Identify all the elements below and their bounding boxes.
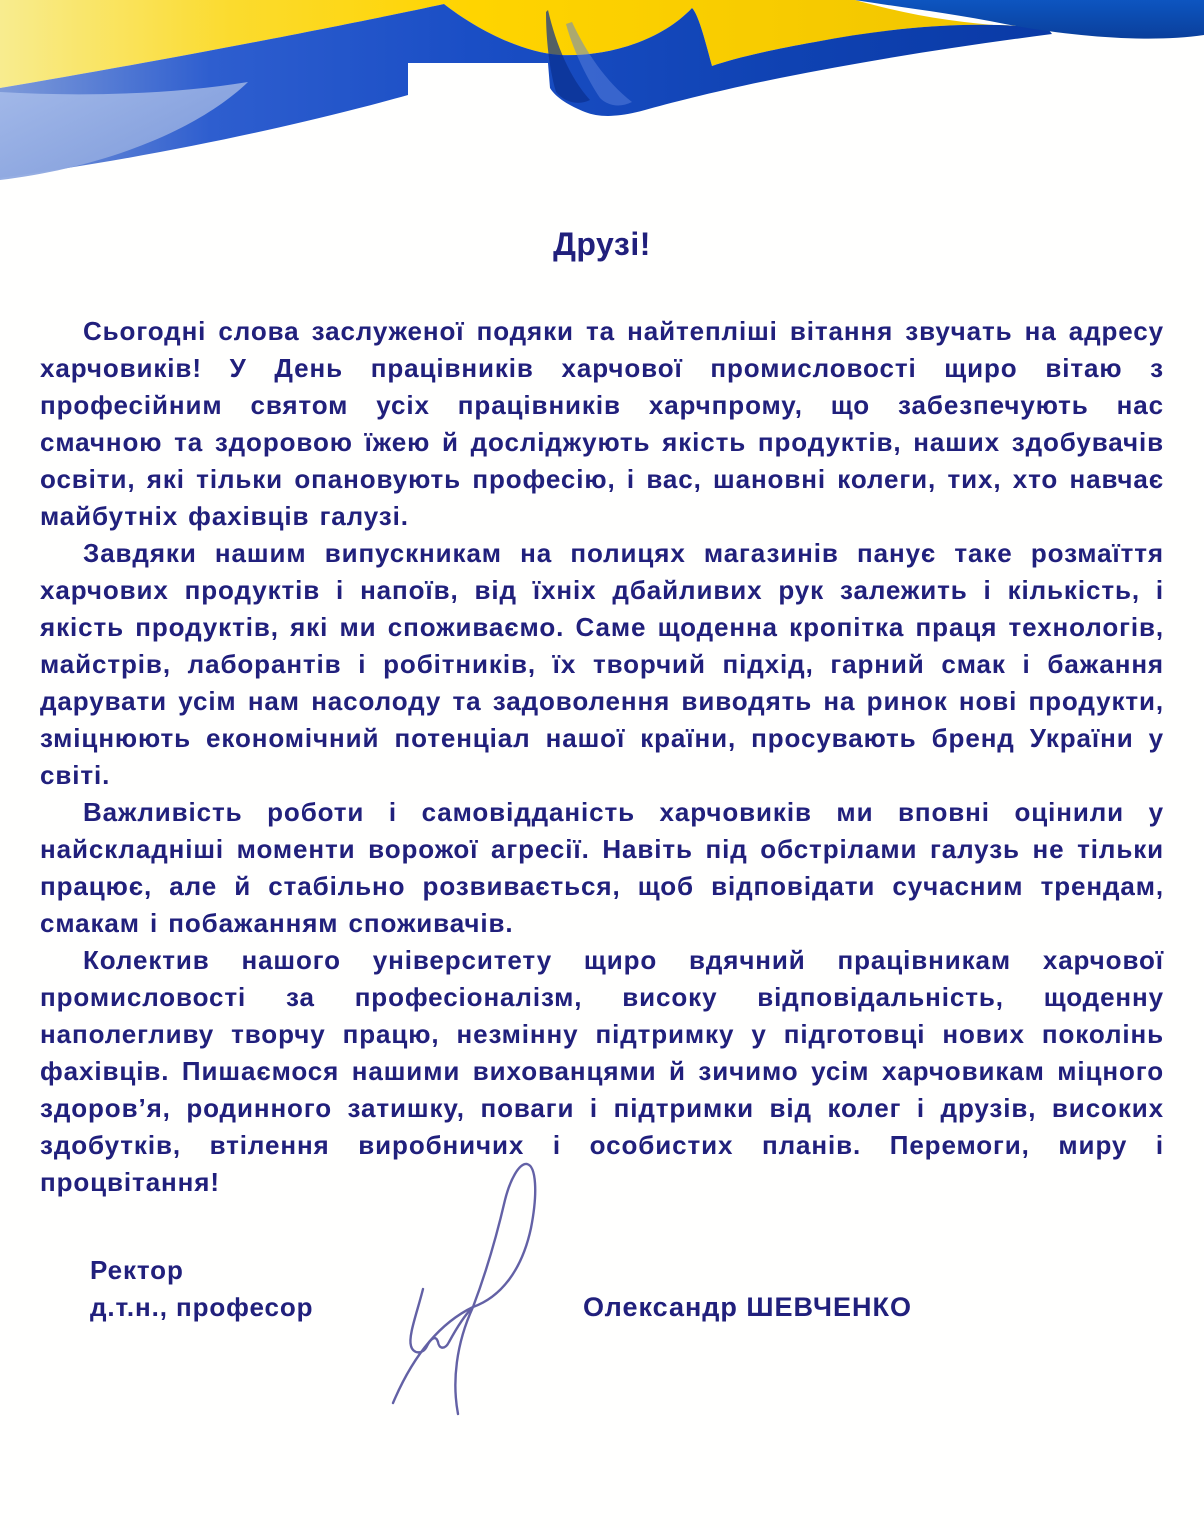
paragraph-wartime: Важливість роботи і самовідданість харчо… xyxy=(40,794,1164,942)
signer-degree: д.т.н., професор xyxy=(90,1292,313,1323)
letter-body: Друзі! Сьогодні слова заслуженої подяки … xyxy=(40,226,1164,1201)
paragraph-graduates: Завдяки нашим випускникам на полицях маг… xyxy=(40,535,1164,794)
page-title: Друзі! xyxy=(40,226,1164,263)
signer-name: Олександр ШЕВЧЕНКО xyxy=(583,1292,912,1323)
signer-role-title: Ректор xyxy=(90,1255,184,1286)
ukraine-flag-ribbon xyxy=(0,0,1204,200)
paragraph-greeting: Сьогодні слова заслуженої подяки та найт… xyxy=(40,313,1164,535)
paragraph-gratitude: Колектив нашого університету щиро вдячни… xyxy=(40,942,1164,1201)
letter-page: Друзі! Сьогодні слова заслуженої подяки … xyxy=(0,0,1204,1528)
